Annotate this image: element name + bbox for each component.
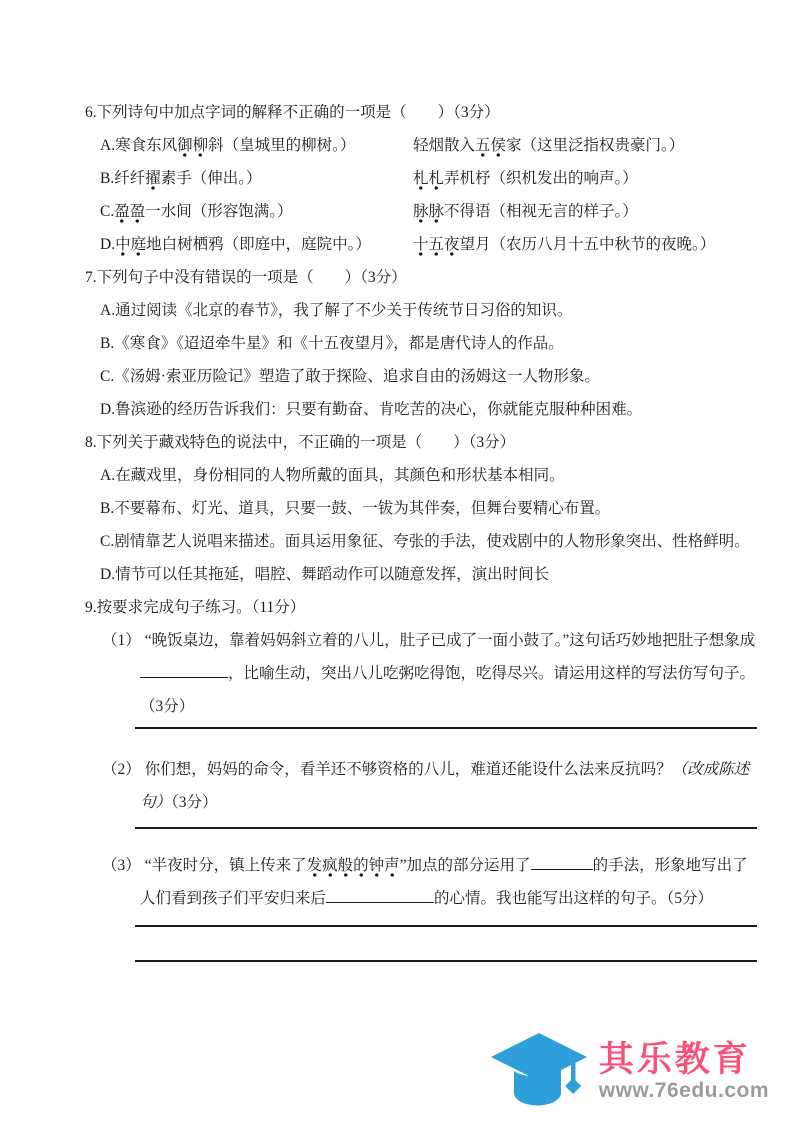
text-segment: 不得语（相视无言的样子。） bbox=[444, 203, 638, 220]
question-9-sub-1: （1）“晚饭桌边，靠着妈妈斜立着的八儿，肚子已成了一面小鼓了。”这句话巧妙地把肚… bbox=[140, 624, 757, 723]
emphasized-text: 发疯般的钟声 bbox=[307, 857, 400, 877]
question-7-option-b: B.《寒食》《迢迢牵牛星》和《十五夜望月》，都是唐代诗人的作品。 bbox=[85, 327, 757, 360]
text-segment: ，比喻生动，突出八儿吃粥吃得饱，吃得尽兴。请运用这样的写法仿写句子。（3分） bbox=[140, 665, 755, 715]
text-segment: 素手（伸出。） bbox=[161, 170, 262, 187]
question-9: 9.按要求完成句子练习。（11分） （1）“晚饭桌边，靠着妈妈斜立着的八儿，肚子… bbox=[85, 591, 757, 962]
fill-in-blank bbox=[140, 664, 228, 678]
text-segment: D. bbox=[100, 236, 115, 253]
exam-content: 6.下列诗句中加点字词的解释不正确的一项是（ ）（3分） A.寒食东风御柳斜（皇… bbox=[85, 96, 757, 962]
answer-line bbox=[135, 727, 757, 729]
brand-url: www.76edu.com bbox=[599, 1079, 769, 1103]
question-7-option-a: A.通过阅读《北京的春节》，我了解了不少关于传统节日习俗的知识。 bbox=[85, 294, 757, 327]
sub-question-marker: （1） bbox=[102, 632, 141, 649]
question-7: 7.下列句子中没有错误的一项是（ ）（3分） A.通过阅读《北京的春节》，我了解… bbox=[85, 261, 757, 426]
text-segment: ”加点的部分运用了 bbox=[400, 857, 531, 874]
question-6-option-row-c: C.盈盈一水间（形容饱满。） 脉脉不得语（相视无言的样子。） bbox=[85, 195, 757, 228]
text-segment: B.纤纤 bbox=[100, 170, 145, 187]
exam-paper-page: 6.下列诗句中加点字词的解释不正确的一项是（ ）（3分） A.寒食东风御柳斜（皇… bbox=[0, 0, 793, 1122]
option-b-left: B.纤纤擢素手（伸出。） bbox=[100, 162, 413, 195]
question-8-option-b: B.不要幕布、灯光、道具，只要一鼓、一钹为其伴奏，但舞台要精心布置。 bbox=[85, 492, 757, 525]
question-8-option-c: C.剧情靠艺人说唱来描述。面具运用象征、夸张的手法，使戏剧中的人物形象突出、性格… bbox=[85, 525, 757, 558]
emphasized-text: 十五夜 bbox=[413, 236, 460, 256]
question-6-heading: 6.下列诗句中加点字词的解释不正确的一项是（ ）（3分） bbox=[85, 96, 757, 129]
text-segment: 望月（农历八月十五中秋节的夜晚。） bbox=[460, 236, 716, 253]
sub-question-marker: （3） bbox=[102, 857, 141, 874]
question-9-heading: 9.按要求完成句子练习。（11分） bbox=[85, 591, 757, 624]
option-a-left: A.寒食东风御柳斜（皇城里的柳树。） bbox=[100, 129, 413, 162]
question-7-option-c: C.《汤姆·索亚历险记》塑造了敢于探险、追求自由的汤姆这一人物形象。 bbox=[85, 360, 757, 393]
text-segment: 斜（皇城里的柳树。） bbox=[208, 137, 355, 154]
question-9-sub-2: （2）你们想，妈妈的命令，看羊还不够资格的八儿，难道还能设什么法来反抗吗？（改成… bbox=[140, 753, 757, 819]
question-6: 6.下列诗句中加点字词的解释不正确的一项是（ ）（3分） A.寒食东风御柳斜（皇… bbox=[85, 96, 757, 261]
text-segment: 你们想，妈妈的命令，看羊还不够资格的八儿，难道还能设什么法来反抗吗？ bbox=[145, 761, 672, 778]
question-9-sub-3: （3）“半夜时分，镇上传来了发疯般的钟声”加点的部分运用了的手法，形象地写出了人… bbox=[140, 849, 757, 915]
option-d-right: 十五夜望月（农历八月十五中秋节的夜晚。） bbox=[413, 228, 757, 261]
emphasized-text: 五侯 bbox=[475, 137, 506, 157]
brand-name: 其乐教育 bbox=[599, 1041, 751, 1079]
question-8-option-d: D.情节可以任其拖延，唱腔、舞蹈动作可以随意发挥，演出时间长 bbox=[85, 558, 757, 591]
fill-in-blank bbox=[531, 856, 593, 870]
question-8: 8.下列关于藏戏特色的说法中，不正确的一项是（ ）（3分） A.在藏戏里，身份相… bbox=[85, 426, 757, 591]
sub-question-marker: （2） bbox=[102, 761, 141, 778]
text-segment: 弄机杼（织机发出的响声。） bbox=[444, 170, 638, 187]
brand-logo: 其乐教育 www.76edu.com bbox=[487, 1030, 769, 1114]
answer-line bbox=[135, 960, 757, 962]
question-6-option-row-a: A.寒食东风御柳斜（皇城里的柳树。） 轻烟散入五侯家（这里泛指权贵豪门。） bbox=[85, 129, 757, 162]
question-7-option-d: D.鲁滨逊的经历告诉我们：只要有勤奋、肯吃苦的决心，你就能克服种种困难。 bbox=[85, 393, 757, 426]
question-7-heading: 7.下列句子中没有错误的一项是（ ）（3分） bbox=[85, 261, 757, 294]
emphasized-text: 脉脉 bbox=[413, 203, 444, 223]
emphasized-text: 盈盈 bbox=[114, 203, 145, 223]
text-segment: 家（这里泛指权贵豪门。） bbox=[506, 137, 684, 154]
text-segment: “半夜时分，镇上传来了 bbox=[145, 857, 307, 874]
option-c-left: C.盈盈一水间（形容饱满。） bbox=[100, 195, 413, 228]
text-segment: “晚饭桌边，靠着妈妈斜立着的八儿，肚子已成了一面小鼓了。”这句话巧妙地把肚子想象… bbox=[145, 632, 756, 649]
emphasized-text: 擢 bbox=[145, 170, 161, 190]
text-segment: 一水间（形容饱满。） bbox=[145, 203, 292, 220]
emphasized-text: 御柳 bbox=[177, 137, 208, 157]
text-segment: 地白树栖鸦（即庭中，庭院中。） bbox=[146, 236, 371, 253]
answer-line bbox=[135, 827, 757, 829]
question-8-option-a: A.在藏戏里，身份相同的人物所戴的面具，其颜色和形状基本相同。 bbox=[85, 459, 757, 492]
option-c-right: 脉脉不得语（相视无言的样子。） bbox=[413, 195, 757, 228]
option-d-left: D.中庭地白树栖鸦（即庭中，庭院中。） bbox=[100, 228, 413, 261]
score-label: （3分） bbox=[171, 794, 218, 811]
fill-in-blank bbox=[326, 889, 434, 903]
answer-line bbox=[135, 925, 757, 927]
question-6-option-row-d: D.中庭地白树栖鸦（即庭中，庭院中。） 十五夜望月（农历八月十五中秋节的夜晚。） bbox=[85, 228, 757, 261]
text-segment: 的心情。我也能写出这样的句子。（5分） bbox=[434, 890, 713, 907]
graduation-cap-icon bbox=[487, 1030, 591, 1114]
text-segment: 轻烟散入 bbox=[413, 137, 475, 154]
emphasized-text: 札札 bbox=[413, 170, 444, 190]
option-b-right: 札札弄机杼（织机发出的响声。） bbox=[413, 162, 757, 195]
question-6-option-row-b: B.纤纤擢素手（伸出。） 札札弄机杼（织机发出的响声。） bbox=[85, 162, 757, 195]
text-segment: C. bbox=[100, 203, 114, 220]
emphasized-text: 中庭 bbox=[115, 236, 146, 256]
logo-text-block: 其乐教育 www.76edu.com bbox=[599, 1041, 769, 1103]
option-a-right: 轻烟散入五侯家（这里泛指权贵豪门。） bbox=[413, 129, 757, 162]
question-8-heading: 8.下列关于藏戏特色的说法中，不正确的一项是（ ）（3分） bbox=[85, 426, 757, 459]
text-segment: A.寒食东风 bbox=[100, 137, 177, 154]
